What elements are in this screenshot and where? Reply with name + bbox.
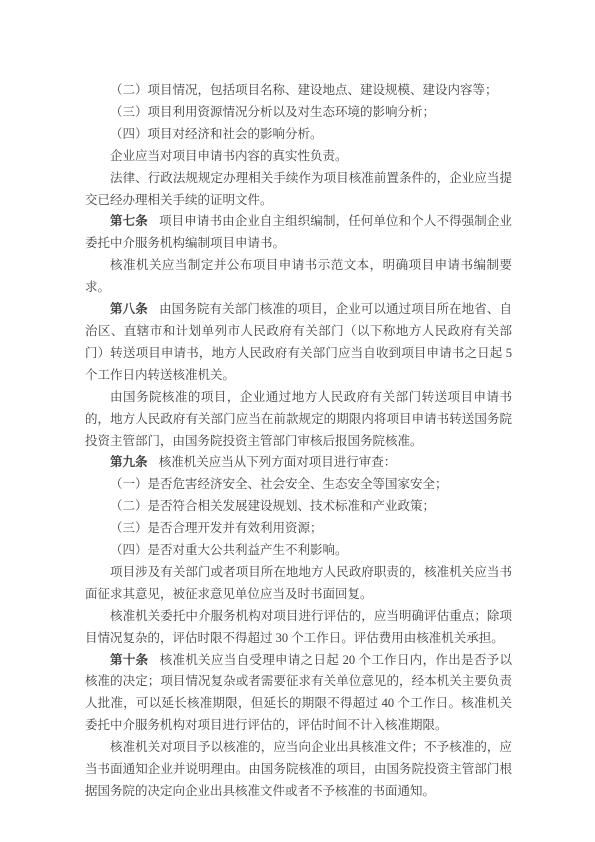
paragraph: 项目涉及有关部门或者项目所在地地方人民政府职责的，核准机关应当书面征求其意见，被… [85,562,512,606]
paragraph: （一）是否危害经济安全、社会安全、生态安全等国家安全； [85,474,512,496]
paragraph: 企业应当对项目申请书内容的真实性负责。 [85,146,512,168]
document-page: （二）项目情况，包括项目名称、建设地点、建设规模、建设内容等；（三）项目利用资源… [0,0,595,842]
article-paragraph: 第九条核准机关应当从下列方面对项目进行审查： [85,452,512,474]
paragraph: （二）是否符合相关发展建设规划、技术标准和产业政策； [85,496,512,518]
article-paragraph: 第七条项目申请书由企业自主组织编制，任何单位和个人不得强制企业委托中介服务机构编… [85,211,512,255]
paragraph: （四）项目对经济和社会的影响分析。 [85,124,512,146]
paragraph: 核准机关对项目予以核准的，应当向企业出具核准文件；不予核准的，应当书面通知企业并… [85,737,512,803]
paragraph: 核准机关应当制定并公布项目申请书示范文本，明确项目申请书编制要求。 [85,255,512,299]
paragraph: （四）是否对重大公共利益产生不利影响。 [85,540,512,562]
article-number: 第八条 [110,302,148,316]
paragraph: （三）项目利用资源情况分析以及对生态环境的影响分析； [85,102,512,124]
paragraph: 法律、行政法规规定办理相关手续作为项目核准前置条件的，企业应当提交已经办理相关手… [85,168,512,212]
paragraph: （二）项目情况，包括项目名称、建设地点、建设规模、建设内容等； [85,80,512,102]
article-paragraph: 第十条核准机关应当自受理申请之日起 20 个工作日内，作出是否予以核准的决定；项… [85,650,512,738]
paragraph: 核准机关委托中介服务机构对项目进行评估的，应当明确评估重点；除项目情况复杂的，评… [85,606,512,650]
document-body: （二）项目情况，包括项目名称、建设地点、建设规模、建设内容等；（三）项目利用资源… [85,80,512,803]
article-paragraph: 第八条由国务院有关部门核准的项目，企业可以通过项目所在地省、自治区、直辖市和计划… [85,299,512,387]
paragraph: （三）是否合理开发并有效利用资源； [85,518,512,540]
paragraph: 由国务院核准的项目，企业通过地方人民政府有关部门转送项目申请书的，地方人民政府有… [85,387,512,453]
article-number: 第九条 [110,455,148,469]
article-number: 第十条 [110,653,148,667]
article-number: 第七条 [110,214,148,228]
